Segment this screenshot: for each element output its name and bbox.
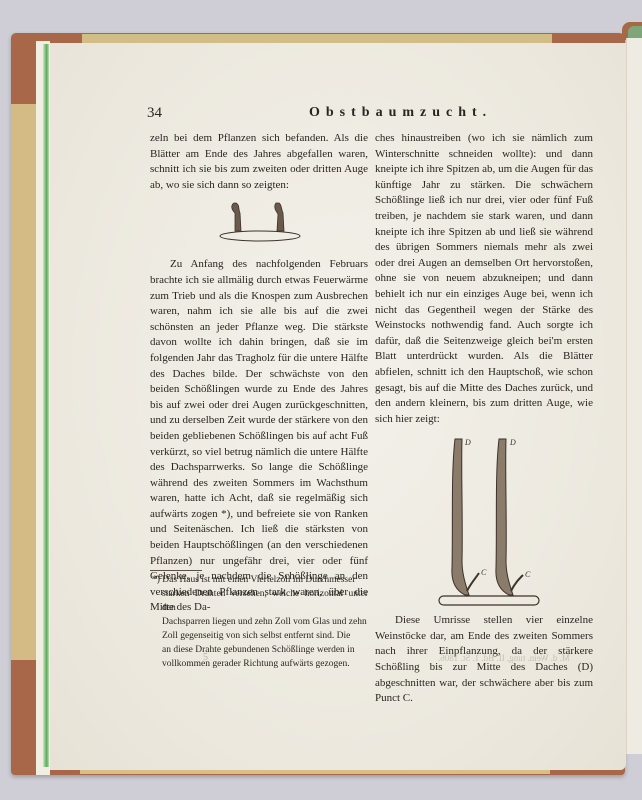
page-number: 34 [147,105,162,122]
figure-large-vine-diagram: D D C C [435,433,545,609]
footnote-line: vollkommen gerader Richtung aufwärts gez… [150,657,368,671]
footnote-line: starken Drahten versehen, welche horizon… [150,587,368,615]
book-page: 34 Obstbaumzucht. zeln bei dem Pflanzen … [50,43,626,770]
cover-paper-top [82,34,552,43]
running-head: 34 Obstbaumzucht. [147,105,522,125]
footnote-line: an diese Drahte gebundenen Schößlinge we… [150,643,368,657]
right-column: ches hinaustreiben (wo ich sie nämlich z… [375,131,593,707]
label-d-right: D [509,438,516,447]
label-c-left: C [481,568,487,577]
footnote-rule [150,570,202,571]
running-title: Obstbaumzucht. [309,105,492,121]
footnote-line: Zoll gegenseitig von sich selbst entfern… [150,629,368,643]
footnote-line: *) Das Haus ist mit einen Viertelzoll im… [150,573,368,587]
label-d-left: D [464,438,471,447]
left-paragraph-1: zeln bei dem Pflanzen sich befanden. Als… [150,131,368,193]
right-paragraph-1: ches hinaustreiben (wo ich sie nämlich z… [375,131,593,427]
cover-paper-left [11,104,36,660]
footnote: *) Das Haus ist mit einen Viertelzoll im… [150,573,368,671]
label-c-right: C [525,570,531,579]
figure-small-vine-stumps [218,201,304,249]
bleed-through-text: M. d. Wein. tung, II. Bd. 1. St. 1806. [438,653,570,663]
left-paragraph-2: Zu Anfang des nachfolgenden Februars bra… [150,257,368,616]
green-edge-stain [43,44,49,767]
footnote-line: Dachsparren liegen und zehn Zoll vom Gla… [150,615,368,629]
signature-mark: 5 [203,652,208,663]
left-column: zeln bei dem Pflanzen sich befanden. Als… [150,131,368,616]
next-leaf-edge [626,38,642,754]
